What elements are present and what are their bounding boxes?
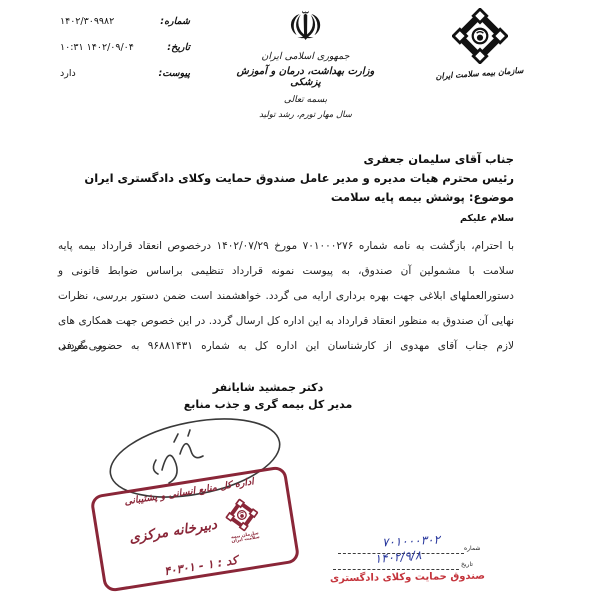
year-slogan: سال مهار تورم، رشد تولید [228,110,383,120]
letter-number-label: شماره: [160,16,190,27]
letter-number-row: شماره: ۱۴۰۲/۳۰۹۹۸۲ [60,16,190,27]
letter-attachment-row: پیوست: دارد [60,68,190,79]
letter-attachment-value: دارد [60,68,76,79]
basmala-text: بسمه تعالی [228,95,383,105]
letter-date-value: ۱۴۰۲/۰۹/۰۴ ۱۰:۳۱ [60,42,134,53]
organization-logo-block: سازمان بیمه سلامت ایران [432,8,527,78]
letter-number-value: ۱۴۰۲/۳۰۹۹۸۲ [60,16,114,27]
recipient-name: جناب آقای سلیمان جعفری [58,150,514,169]
letter-attachment-label: پیوست: [158,68,190,79]
scanned-letter-page: شماره: ۱۴۰۲/۳۰۹۹۸۲ تاریخ: ۱۴۰۲/۰۹/۰۴ ۱۰:… [0,0,600,600]
letter-date-row: تاریخ: ۱۴۰۲/۰۹/۰۴ ۱۰:۳۱ [60,42,190,53]
stamp-logo-caption: سازمان بیمه سلامت ایران [227,531,264,546]
stamp-office-name: دبیرخانه مرکزی [128,517,218,547]
signature-block: دکتر جمشید شایانفر مدیر کل بیمه گری و جذ… [178,381,358,411]
received-date-label: تاریخ [461,561,473,568]
letter-meta-block: شماره: ۱۴۰۲/۳۰۹۹۸۲ تاریخ: ۱۴۰۲/۰۹/۰۴ ۱۰:… [60,16,190,94]
salamat-insurance-logo-icon [452,8,508,64]
country-name: جمهوری اسلامی ایران [228,51,383,62]
received-org-stamp: صندوق حمایت وکلای دادگستری [333,571,485,585]
recipient-block: جناب آقای سلیمان جعفری رئیس محترم هیات م… [58,150,514,228]
signatory-name: دکتر جمشید شایانفر [178,381,358,394]
letter-body-closing: می گردند. [58,334,514,359]
letter-date-label: تاریخ: [167,42,190,53]
stamp-logo-wrap: سازمان بیمه سلامت ایران [221,495,264,545]
salutation-text: سلام علیکم [58,209,514,228]
organization-name: سازمان بیمه سلامت ایران [432,66,527,82]
received-date-line [333,569,459,570]
iran-emblem-icon: ☫ [228,4,383,50]
received-number-label: شماره [464,545,480,552]
stamp-salamat-logo-icon [223,496,261,534]
ministry-name: وزارت بهداشت، درمان و آموزش پزشکی [228,66,383,88]
recipient-title: رئیس محترم هیات مدیره و مدیر عامل صندوق … [58,169,514,188]
letterhead-center-block: ☫ جمهوری اسلامی ایران وزارت بهداشت، درما… [228,4,383,120]
letter-subject: موضوع: پوشش بیمه پایه سلامت [58,188,514,207]
